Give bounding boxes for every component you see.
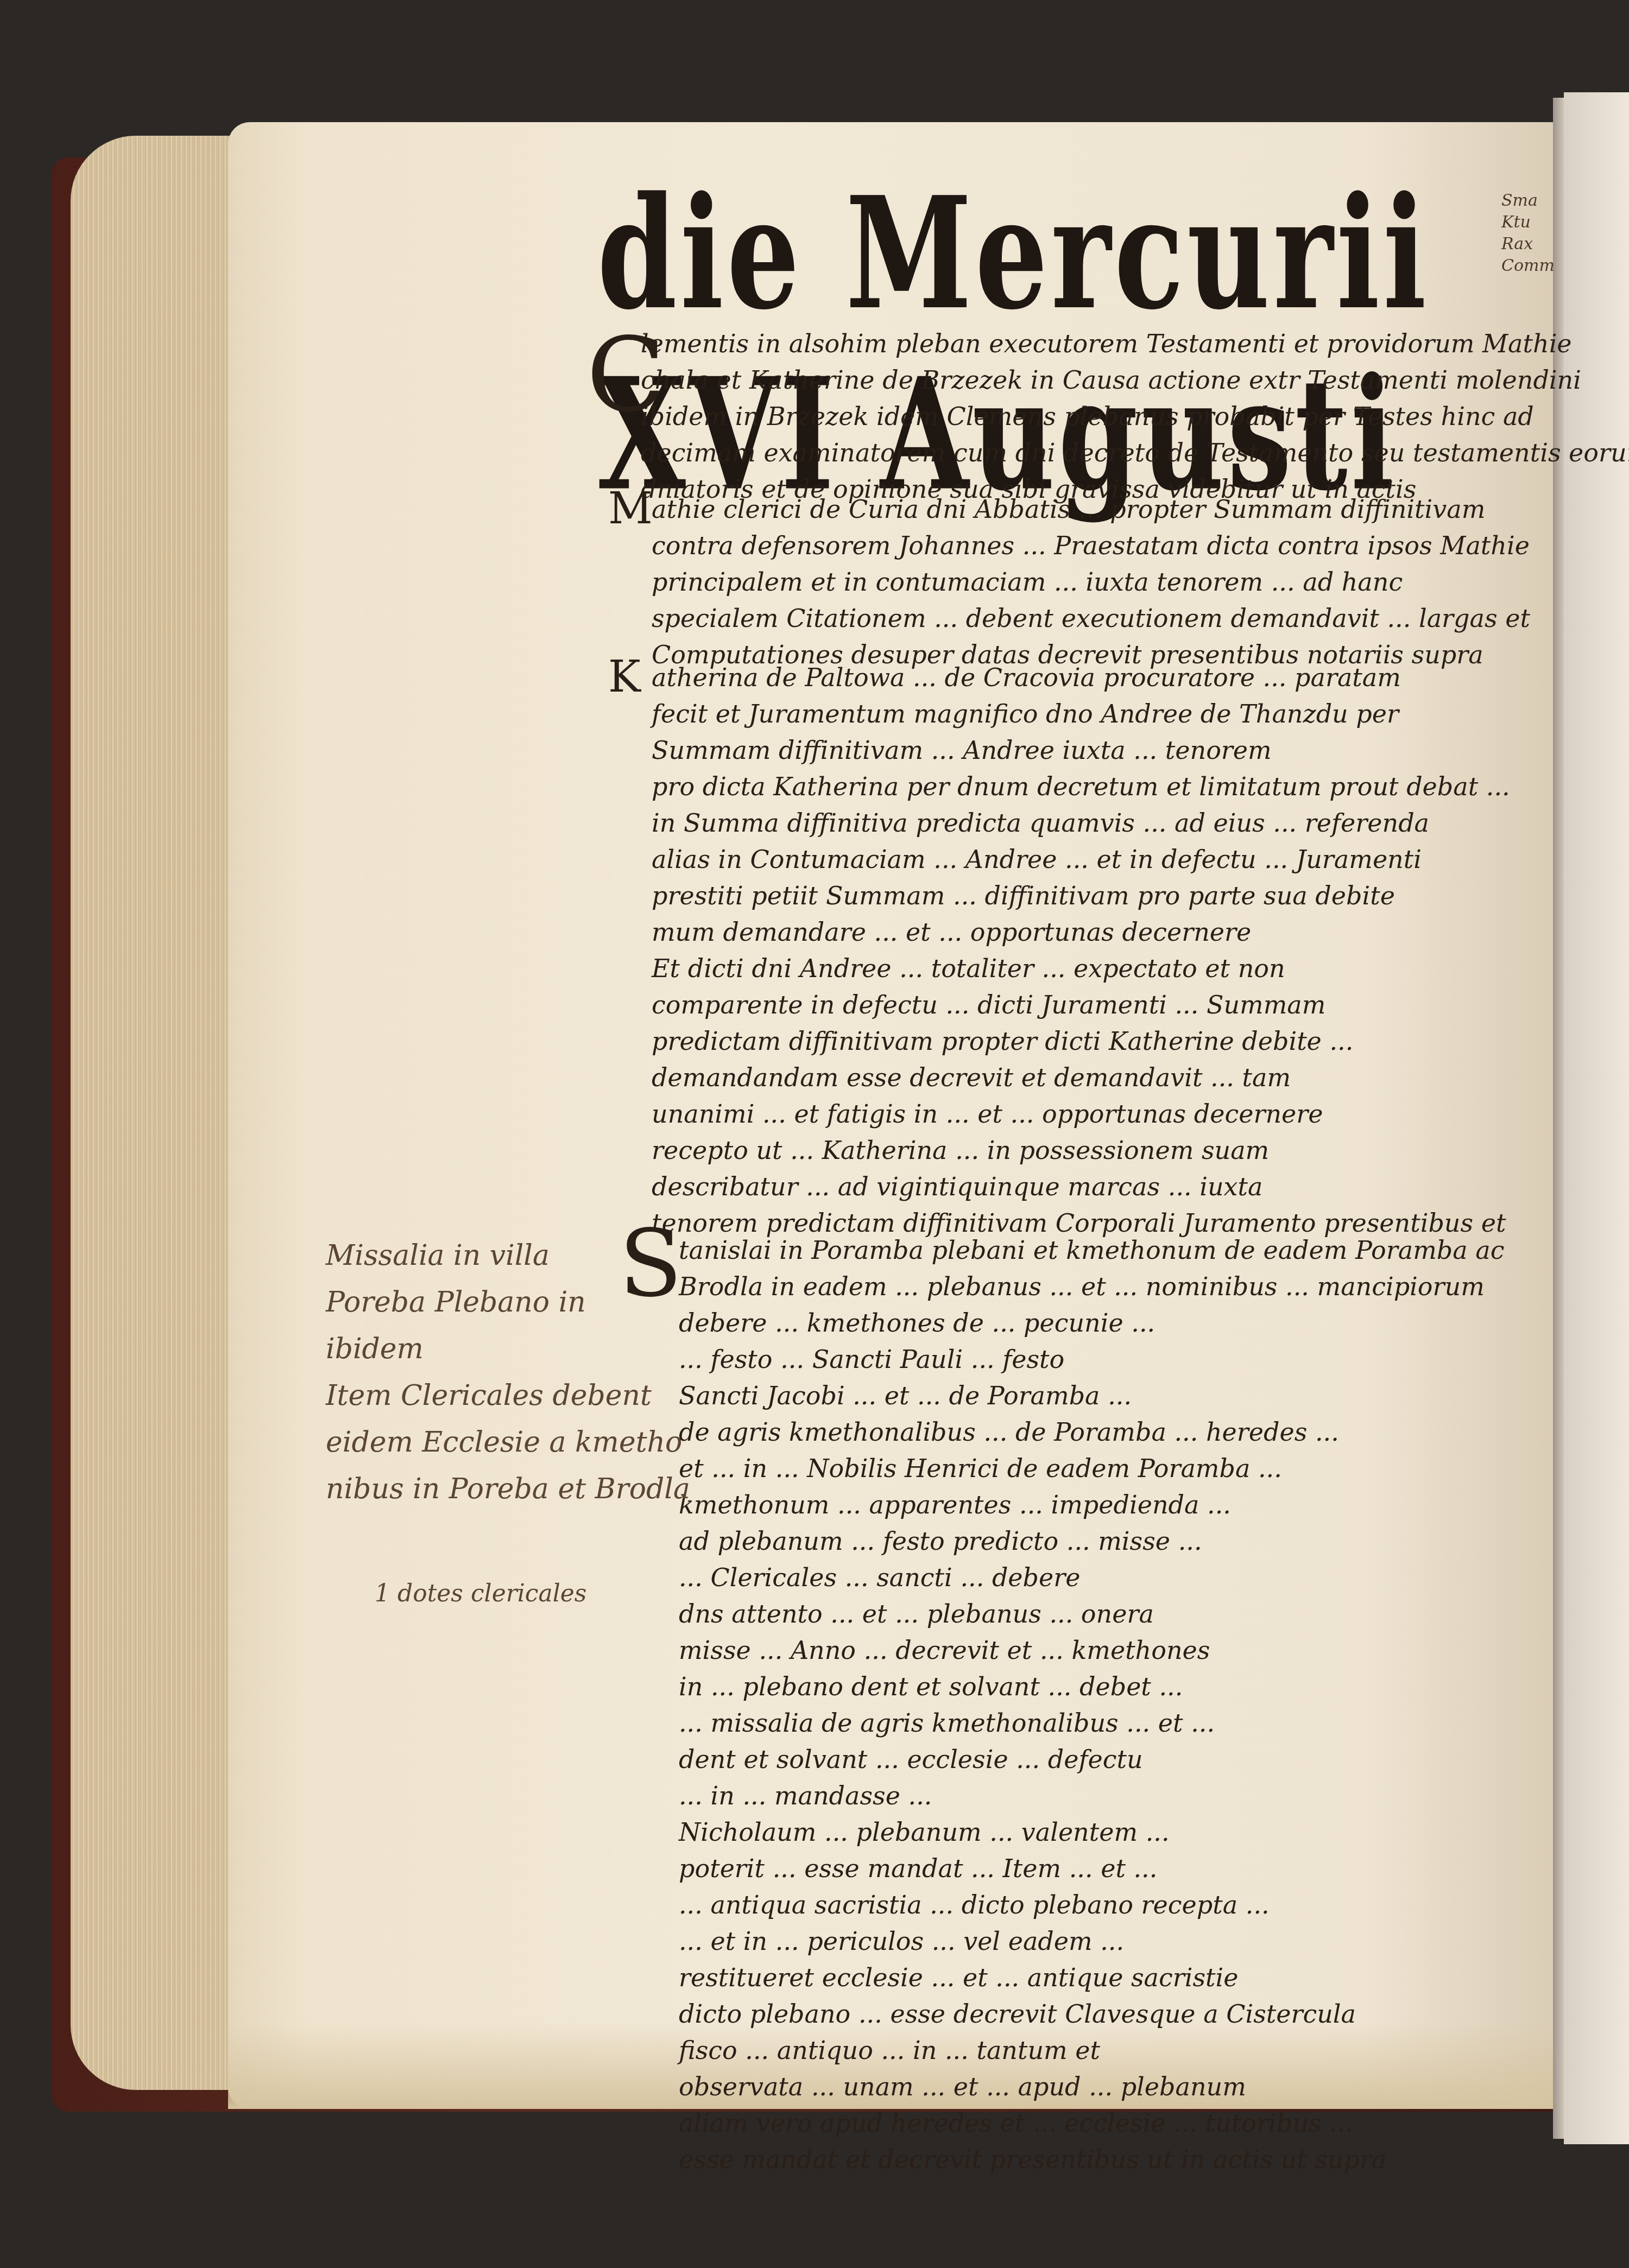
text-line: Summam diffinitivam ... Andree iuxta ...… xyxy=(652,732,1510,769)
text-line: Nicholaum ... plebanum ... valentem ... xyxy=(679,1814,1505,1851)
margin-note-line: eidem Ecclesie a kmetho xyxy=(326,1419,690,1466)
text-line: Et dicti dni Andree ... totaliter ... ex… xyxy=(652,951,1510,987)
margin-note: Missalia in villa Poreba Plebano in ibid… xyxy=(326,1232,690,1512)
text-line: athie clerici de Curia dni Abbatis ... p… xyxy=(652,491,1530,528)
text-line: describatur ... ad vigintiquinque marcas… xyxy=(652,1169,1510,1205)
paragraph-initial: M xyxy=(608,483,653,534)
right-margin-note: Ktu xyxy=(1501,212,1555,233)
text-line: unanimi ... et fatigis in ... et ... opp… xyxy=(652,1096,1510,1132)
right-margin-note: Comm xyxy=(1501,255,1555,277)
text-line: ... in ... mandasse ... xyxy=(679,1778,1505,1814)
text-line: Brodla in eadem ... plebanus ... et ... … xyxy=(679,1269,1505,1305)
text-line: aliam vero apud heredes et ... ecclesie … xyxy=(679,2105,1505,2142)
text-line: dns attento ... et ... plebanus ... oner… xyxy=(679,1596,1505,1632)
text-line: esse mandat et decrevit presentibus ut i… xyxy=(679,2142,1505,2178)
right-margin-note: Rax xyxy=(1501,233,1555,255)
margin-note-line: Item Clericales debent xyxy=(326,1372,690,1419)
text-line: comparente in defectu ... dicti Jurament… xyxy=(652,987,1510,1023)
text-line: ... Clericales ... sancti ... debere xyxy=(679,1560,1505,1596)
text-line: lementis in alsohim pleban executorem Te… xyxy=(641,326,1629,362)
text-line: atherina de Paltowa ... de Cracovia proc… xyxy=(652,660,1510,696)
text-line: fecit et Juramentum magnifico dno Andree… xyxy=(652,696,1510,732)
margin-note-line: nibus in Poreba et Brodla xyxy=(326,1466,690,1512)
text-line: recepto ut ... Katherina ... in possessi… xyxy=(652,1132,1510,1169)
text-line: specialem Citationem ... debent executio… xyxy=(652,600,1530,637)
margin-note-line: ibidem xyxy=(326,1326,690,1372)
paragraph-clemens: lementis in alsohim pleban executorem Te… xyxy=(641,326,1629,508)
text-line: in ... plebano dent et solvant ... debet… xyxy=(679,1669,1505,1705)
paragraph-initial: K xyxy=(608,651,641,702)
text-line: ... et in ... periculos ... vel eadem ..… xyxy=(679,1923,1505,1960)
text-line: Sancti Jacobi ... et ... de Poramba ... xyxy=(679,1378,1505,1414)
paragraph-katherina: atherina de Paltowa ... de Cracovia proc… xyxy=(652,660,1510,1241)
text-line: ibidem in Brzezek idem Clemens plebanus … xyxy=(641,398,1629,435)
text-line: decimam examinatorem cum dni decreto de … xyxy=(641,435,1629,471)
text-line: in Summa diffinitiva predicta quamvis ..… xyxy=(652,805,1510,841)
text-line: dicto plebano ... esse decrevit Clavesqu… xyxy=(679,1996,1505,2032)
text-line: alias in Contumaciam ... Andree ... et i… xyxy=(652,841,1510,878)
text-line: dent et solvant ... ecclesie ... defectu xyxy=(679,1741,1505,1778)
paragraph-mathie: athie clerici de Curia dni Abbatis ... p… xyxy=(652,491,1530,673)
text-line: ad plebanum ... festo predicto ... misse… xyxy=(679,1523,1505,1560)
text-line: contra defensorem Johannes ... Praestata… xyxy=(652,528,1530,564)
text-line: debere ... kmethones de ... pecunie ... xyxy=(679,1305,1505,1341)
text-line: predictam diffinitivam propter dicti Kat… xyxy=(652,1023,1510,1060)
margin-note-secondary: 1 dotes clericales xyxy=(375,1580,586,1607)
text-line: ... antiqua sacristia ... dicto plebano … xyxy=(679,1887,1505,1923)
text-line: ... missalia de agris kmethonalibus ... … xyxy=(679,1705,1505,1741)
text-line: prestiti petiit Summam ... diffinitivam … xyxy=(652,878,1510,914)
text-line: observata ... unam ... et ... apud ... p… xyxy=(679,2069,1505,2105)
right-margin-note: Sma xyxy=(1501,190,1555,212)
text-line: et ... in ... Nobilis Henrici de eadem P… xyxy=(679,1450,1505,1487)
text-line: principalem et in contumaciam ... iuxta … xyxy=(652,564,1530,600)
text-line: kmethonum ... apparentes ... impedienda … xyxy=(679,1487,1505,1523)
right-margin-notes: Sma Ktu Rax Comm xyxy=(1501,190,1555,277)
text-line: ... festo ... Sancti Pauli ... festo xyxy=(679,1341,1505,1378)
text-line: chala et Katherine de Brzezek in Causa a… xyxy=(641,362,1629,398)
text-line: restitueret ecclesie ... et ... antique … xyxy=(679,1960,1505,1996)
margin-note-line: Missalia in villa xyxy=(326,1232,690,1279)
paragraph-stanislai: tanislai in Poramba plebani et kmethonum… xyxy=(679,1232,1505,2178)
text-line: mum demandare ... et ... opportunas dece… xyxy=(652,914,1510,951)
text-line: de agris kmethonalibus ... de Poramba ..… xyxy=(679,1414,1505,1450)
text-line: pro dicta Katherina per dnum decretum et… xyxy=(652,769,1510,805)
text-line: demandandam esse decrevit et demandavit … xyxy=(652,1060,1510,1096)
text-line: misse ... Anno ... decrevit et ... kmeth… xyxy=(679,1632,1505,1669)
margin-note-line: Poreba Plebano in xyxy=(326,1279,690,1326)
text-line: tanislai in Poramba plebani et kmethonum… xyxy=(679,1232,1505,1269)
text-line: fisco ... antiquo ... in ... tantum et xyxy=(679,2032,1505,2069)
text-line: poterit ... esse mandat ... Item ... et … xyxy=(679,1851,1505,1887)
